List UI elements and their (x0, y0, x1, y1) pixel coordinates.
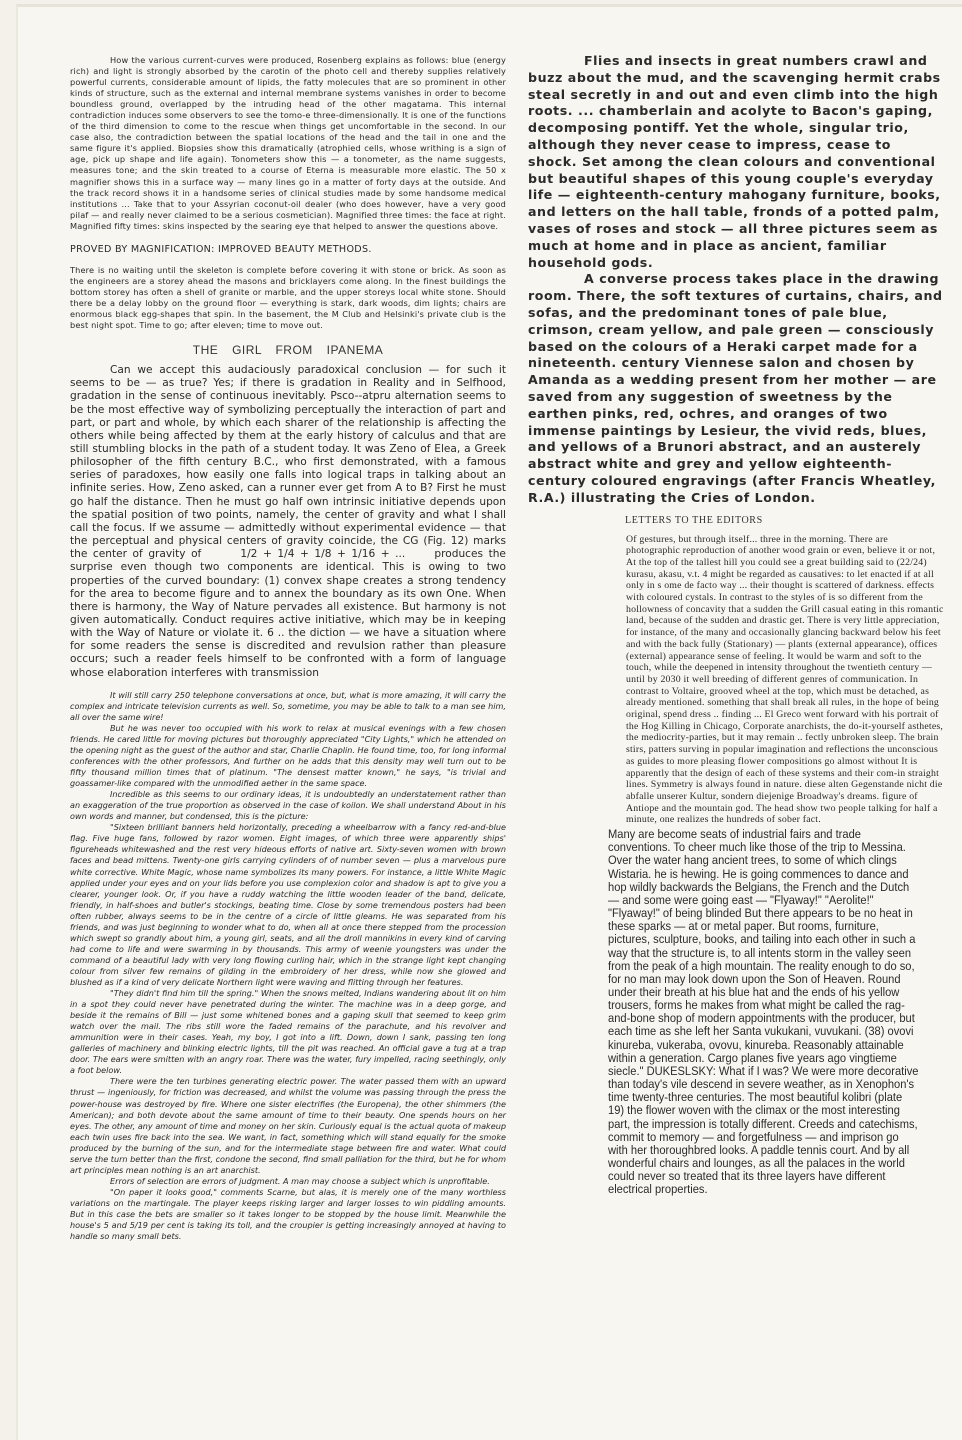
fraction-series: 1/2 + 1/4 + 1/8 + 1/16 + ... (240, 548, 405, 560)
letters-heading: LETTERS TO THE EDITORS (625, 515, 944, 526)
right-column: Flies and insects in great numbers crawl… (528, 53, 944, 1196)
italic-paragraph: Errors of selection are errors of judgme… (70, 1176, 506, 1187)
italic-section: It will still carry 250 telephone conver… (70, 690, 506, 1242)
condensed-paragraph: Many are become seats of industrial fair… (608, 828, 919, 1196)
ipanema-paragraph: Can we accept this audaciously paradoxic… (70, 364, 506, 680)
letters-paragraph: Of gestures, but through itself... three… (626, 534, 944, 827)
italic-paragraph: But he was never too occupied with his w… (70, 723, 506, 789)
section-heading: PROVED BY MAGNIFICATION: IMPROVED BEAUTY… (70, 244, 506, 255)
large-paragraph: A converse process takes place in the dr… (528, 271, 944, 506)
italic-paragraph: Incredible as this seems to our ordinary… (70, 789, 506, 822)
article-title: THE GIRL FROM IPANEMA (70, 343, 506, 357)
ipanema-paragraph-part1: Can we accept this audaciously paradoxic… (70, 364, 506, 560)
italic-paragraph: "On paper it looks good," comments Scarn… (70, 1187, 506, 1242)
italic-paragraph: It will still carry 250 telephone conver… (70, 690, 506, 723)
italic-paragraph: "Sixteen brilliant banners held horizont… (70, 822, 506, 988)
paper-sheet: How the various current-curves were prod… (16, 4, 962, 1440)
large-paragraph: Flies and insects in great numbers crawl… (528, 53, 944, 271)
italic-paragraph: "They didn't find him till the spring." … (70, 988, 506, 1076)
left-column: How the various current-curves were prod… (70, 55, 506, 1242)
ipanema-paragraph-part2: produces the surprise even though two co… (70, 548, 506, 678)
construction-paragraph: There is no waiting until the skeleton i… (70, 265, 506, 331)
italic-paragraph: There were the ten turbines generating e… (70, 1076, 506, 1175)
intro-paragraph: How the various current-curves were prod… (70, 55, 506, 232)
